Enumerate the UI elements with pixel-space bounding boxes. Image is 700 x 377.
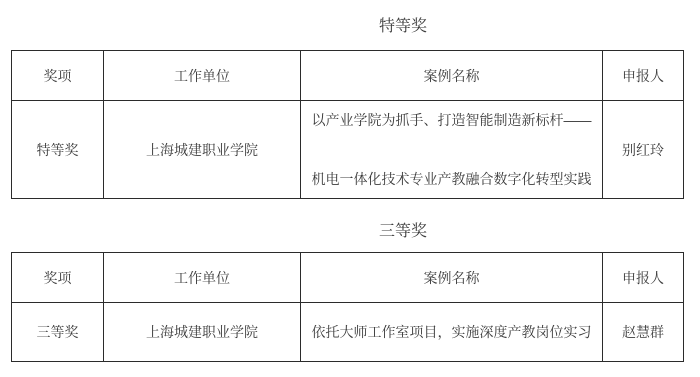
cell-organization: 上海城建职业学院 <box>104 303 301 362</box>
case-name-line-1: 以产业学院为抓手、打造智能制造新标杆—— <box>312 110 592 130</box>
cell-case-name: 以产业学院为抓手、打造智能制造新标杆—— 机电一体化技术专业产教融合数字化转型实… <box>301 101 603 199</box>
cell-applicant: 赵慧群 <box>603 303 684 362</box>
cell-award: 特等奖 <box>12 101 104 199</box>
special-prize-table: 奖项 工作单位 案例名称 申报人 特等奖 上海城建职业学院 以产业学院为抓手、打… <box>11 50 684 199</box>
cell-organization: 上海城建职业学院 <box>104 101 301 199</box>
header-applicant: 申报人 <box>603 51 684 101</box>
section-title-third-prize: 三等奖 <box>106 218 700 241</box>
table-row: 特等奖 上海城建职业学院 以产业学院为抓手、打造智能制造新标杆—— 机电一体化技… <box>12 101 684 199</box>
header-organization: 工作单位 <box>104 51 301 101</box>
case-name-line-2: 机电一体化技术专业产教融合数字化转型实践 <box>312 169 592 189</box>
header-organization: 工作单位 <box>104 253 301 303</box>
document-page: 特等奖 奖项 工作单位 案例名称 申报人 特等奖 上海城建职业学院 以产业学院为… <box>0 0 700 377</box>
header-applicant: 申报人 <box>603 253 684 303</box>
cell-award: 三等奖 <box>12 303 104 362</box>
header-award: 奖项 <box>12 253 104 303</box>
cell-case-name: 依托大师工作室项目，实施深度产教岗位实习 <box>301 303 603 362</box>
header-award: 奖项 <box>12 51 104 101</box>
table-row: 三等奖 上海城建职业学院 依托大师工作室项目，实施深度产教岗位实习 赵慧群 <box>12 303 684 362</box>
header-case-name: 案例名称 <box>301 51 603 101</box>
third-prize-table: 奖项 工作单位 案例名称 申报人 三等奖 上海城建职业学院 依托大师工作室项目，… <box>11 252 684 362</box>
table-header-row: 奖项 工作单位 案例名称 申报人 <box>12 253 684 303</box>
cell-applicant: 别红玲 <box>603 101 684 199</box>
table-header-row: 奖项 工作单位 案例名称 申报人 <box>12 51 684 101</box>
header-case-name: 案例名称 <box>301 253 603 303</box>
section-title-special-prize: 特等奖 <box>106 13 700 36</box>
